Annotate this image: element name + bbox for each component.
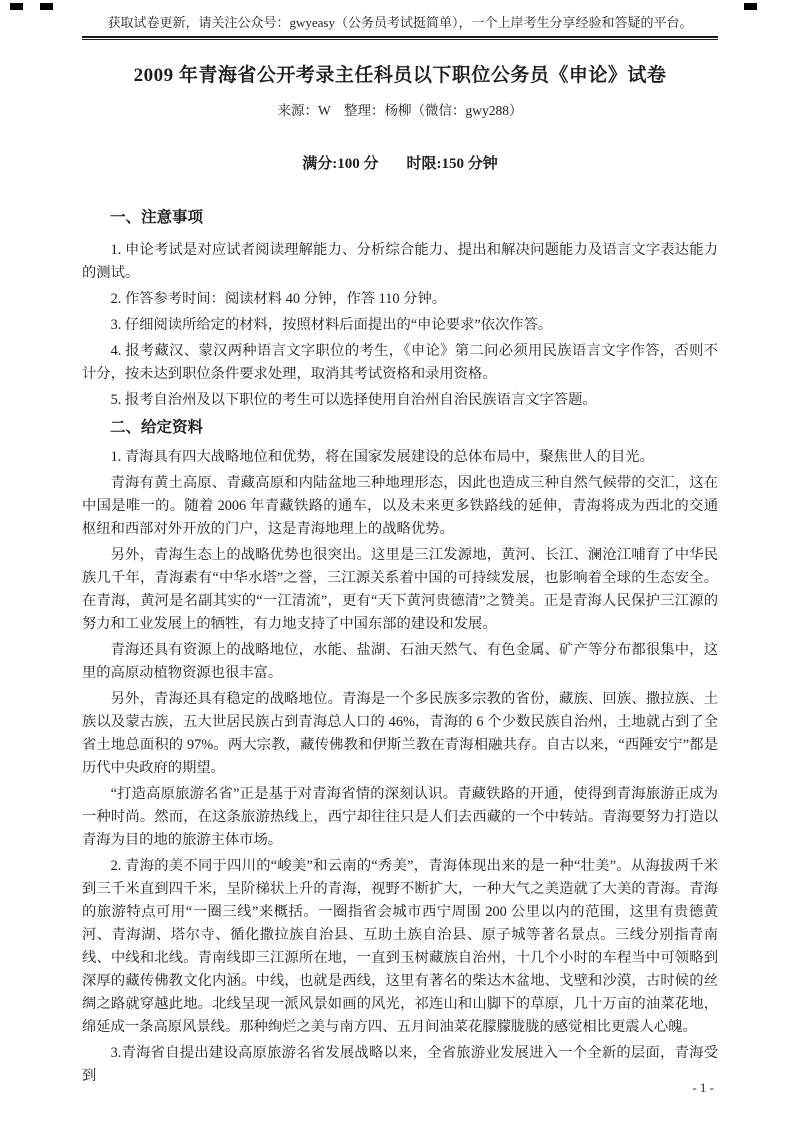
material-paragraph-2: 青海有黄土高原、青藏高原和内陆盆地三种地理形态，因此也造成三种自然气候带的交汇，…	[82, 472, 718, 541]
score-limit-line: 满分:100 分时限:150 分钟	[0, 155, 800, 174]
section-materials: 1. 青海具有四大战略地位和优势，将在国家发展建设的总体布局中，聚焦世人的目光。…	[82, 446, 718, 1088]
notice-item-1: 1. 申论考试是对应试者阅读理解能力、分析综合能力、提出和解决问题能力及语言文字…	[82, 239, 718, 285]
page-title: 2009 年青海省公开考录主任科员以下职位公务员《申论》试卷	[0, 64, 800, 88]
document-body: 一、注意事项 1. 申论考试是对应试者阅读理解能力、分析综合能力、提出和解决问题…	[82, 208, 718, 1088]
scan-artifact-top-left-2	[40, 3, 53, 10]
notice-item-3: 3. 仔细阅读所给定的材料，按照材料后面提出的“申论要求”依次作答。	[82, 314, 718, 337]
document-page: 获取试卷更新，请关注公众号：gwyeasy（公务员考试挺简单），一个上岸考生分享…	[0, 0, 800, 1131]
header-double-rule	[82, 36, 718, 40]
section-heading-notice: 一、注意事项	[110, 208, 718, 228]
scan-artifact-top-left-1	[10, 3, 23, 10]
material-paragraph-8: 3.青海省自提出建设高原旅游名省发展战略以来，全省旅游业发展进入一个全新的层面，…	[82, 1042, 718, 1088]
material-paragraph-7: 2. 青海的美不同于四川的“峻美”和云南的“秀美”，青海体现出来的是一种“壮美”…	[82, 855, 718, 1039]
material-paragraph-5: 另外，青海还具有稳定的战略地位。青海是一个多民族多宗教的省份，藏族、回族、撒拉族…	[82, 688, 718, 780]
material-paragraph-6: “打造高原旅游名省”正是基于对青海省情的深刻认识。青藏铁路的开通，使得到青海旅游…	[82, 783, 718, 852]
material-paragraph-3: 另外，青海生态上的战略优势也很突出。这里是三江发源地，黄河、长江、澜沧江哺育了中…	[82, 544, 718, 636]
material-paragraph-4: 青海还具有资源上的战略地位，水能、盐湖、石油天然气、有色金属、矿产等分布都很集中…	[82, 639, 718, 685]
page-number: - 1 -	[692, 1080, 714, 1096]
header-notice: 获取试卷更新，请关注公众号：gwyeasy（公务员考试挺简单），一个上岸考生分享…	[0, 0, 800, 31]
notice-item-5: 5. 报考自治州及以下职位的考生可以选择使用自治州自治民族语言文字答题。	[82, 389, 718, 412]
material-paragraph-1: 1. 青海具有四大战略地位和优势，将在国家发展建设的总体布局中，聚焦世人的目光。	[82, 446, 718, 469]
scan-artifact-top-right	[744, 3, 757, 10]
time-limit-value: 时限:150 分钟	[407, 156, 498, 172]
section-notice: 1. 申论考试是对应试者阅读理解能力、分析综合能力、提出和解决问题能力及语言文字…	[82, 239, 718, 412]
notice-item-4: 4. 报考藏汉、蒙汉两种语言文字职位的考生，《申论》第二问必须用民族语言文字作答…	[82, 340, 718, 386]
source-line: 来源：W 整理：杨柳（微信：gwy288）	[0, 102, 800, 119]
full-score-value: 满分:100 分	[302, 156, 378, 172]
notice-item-2: 2. 作答参考时间：阅读材料 40 分钟，作答 110 分钟。	[82, 288, 718, 311]
section-heading-materials: 二、给定资料	[110, 418, 718, 438]
